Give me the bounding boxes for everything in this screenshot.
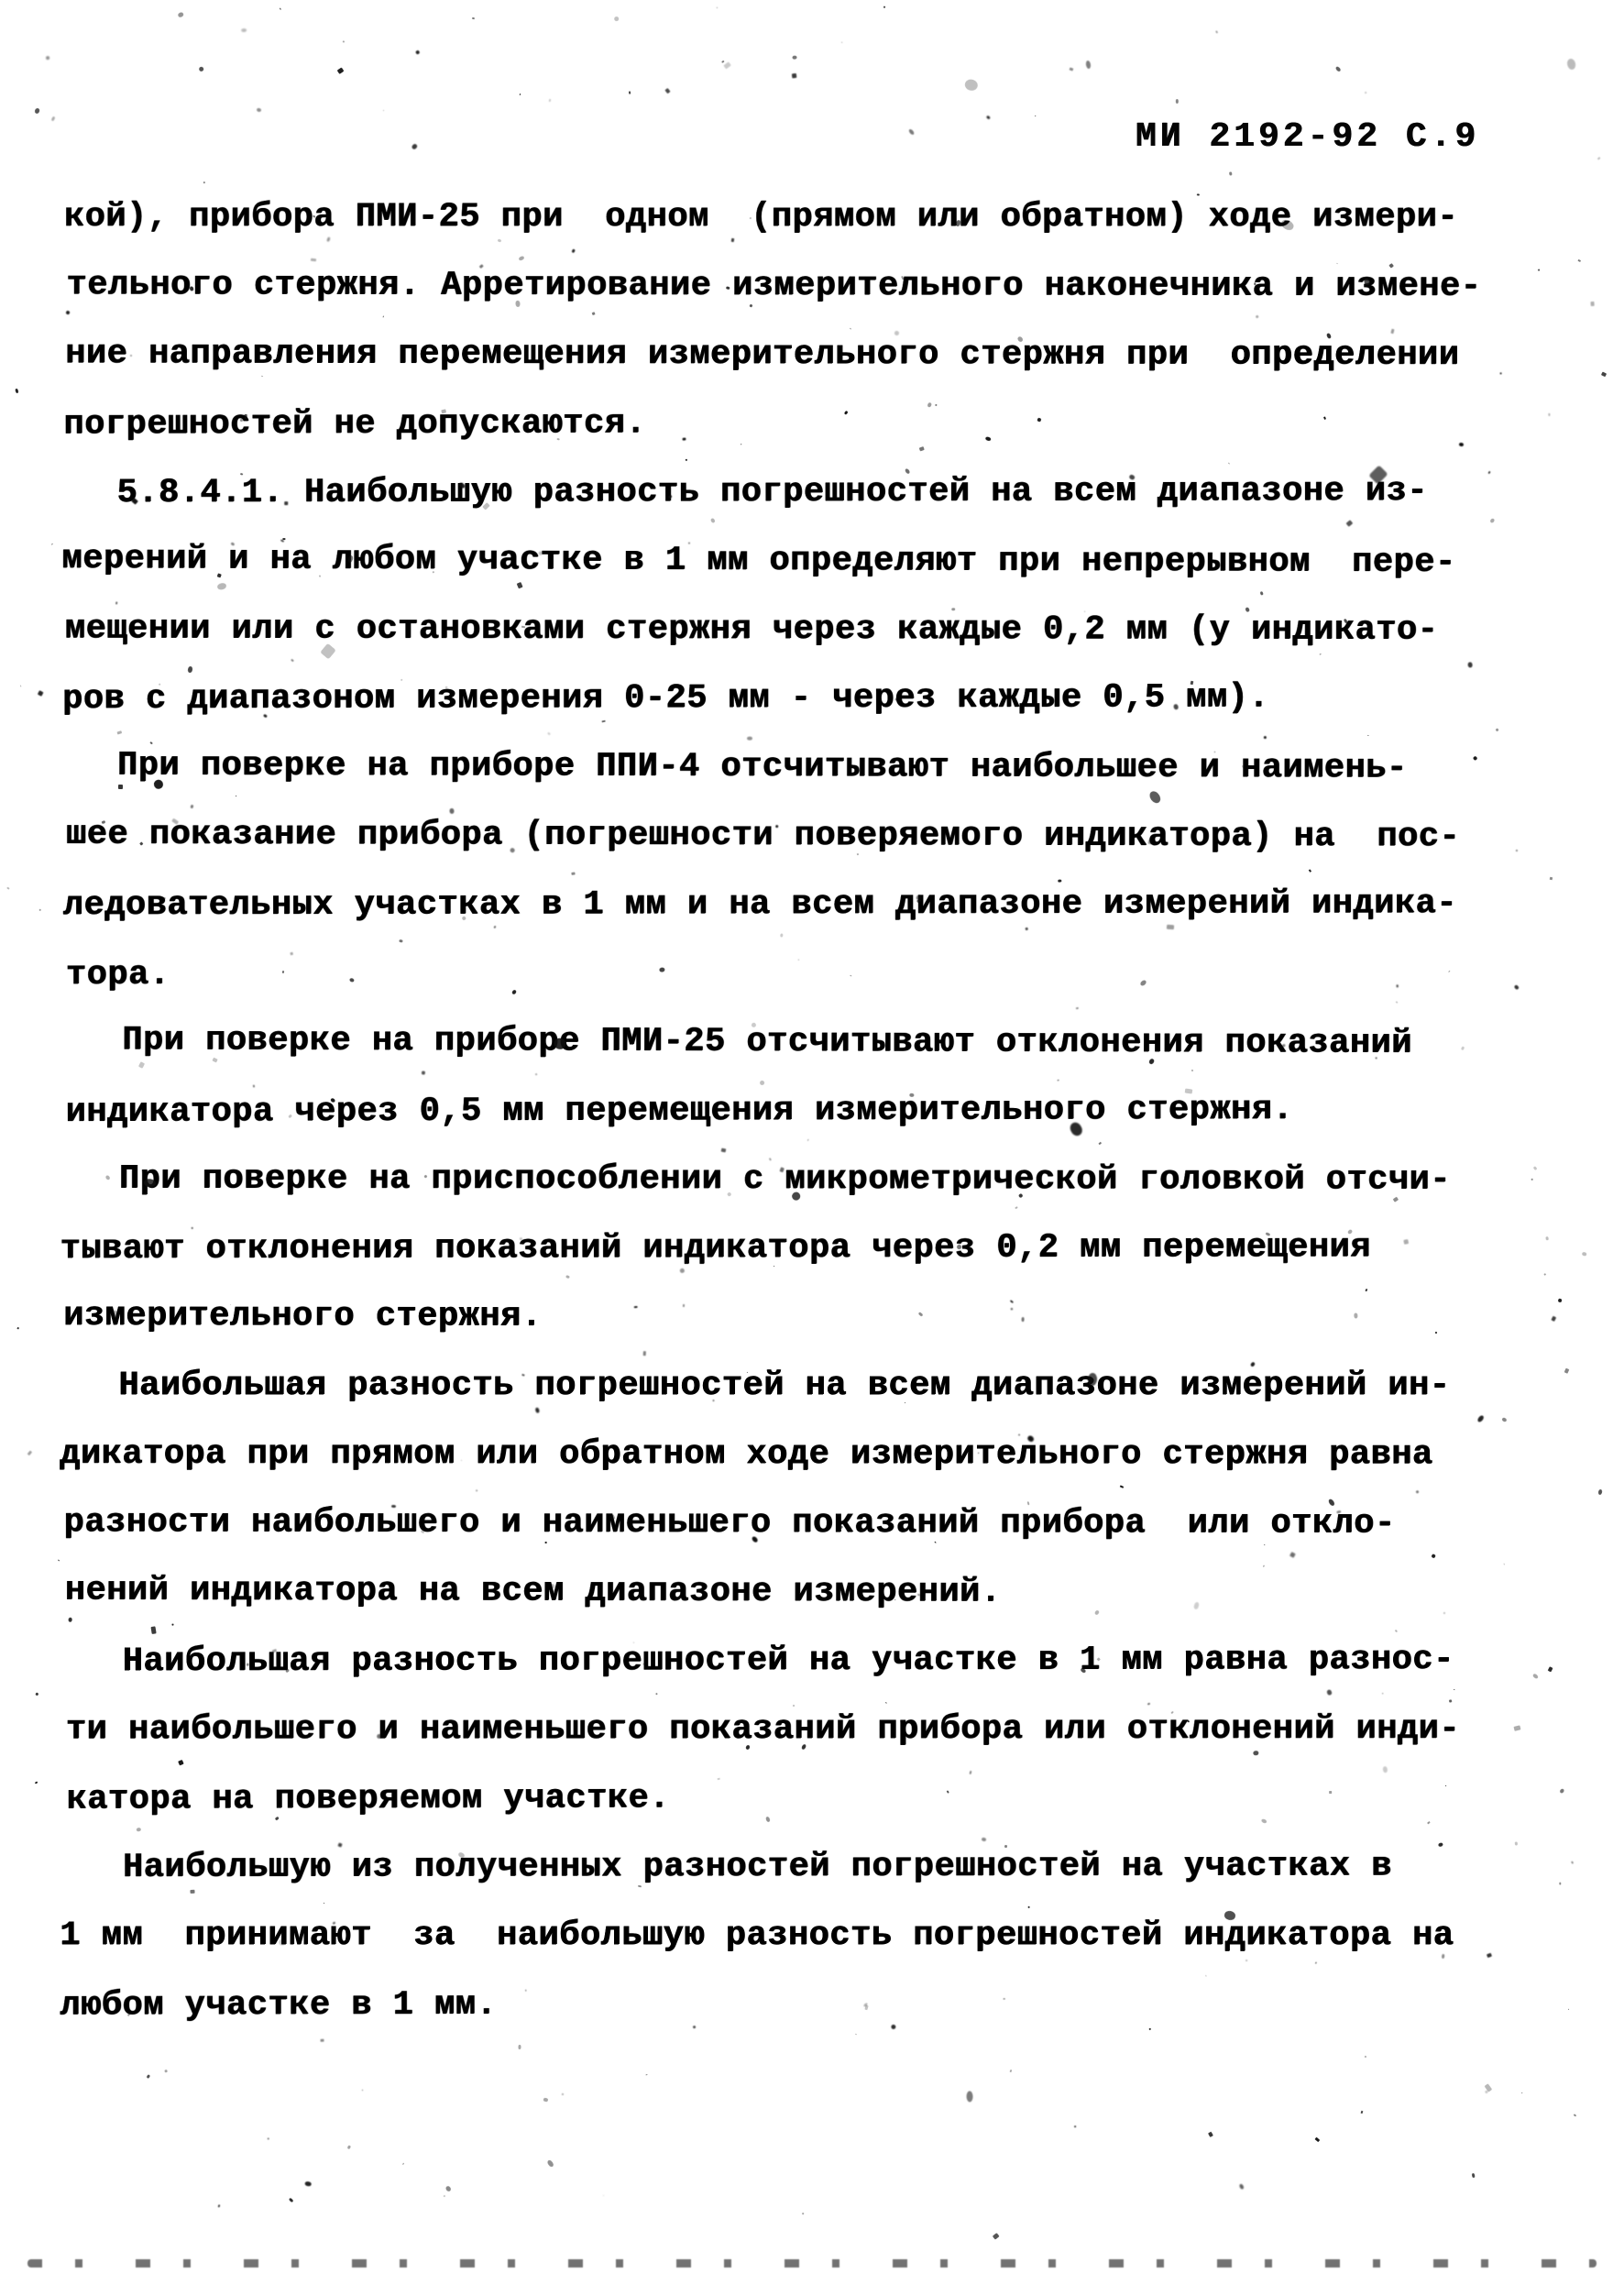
noise-speck bbox=[966, 2091, 972, 2102]
text-line: При поверке на приспособлении с микромет… bbox=[62, 1145, 1525, 1214]
noise-speck bbox=[1361, 2111, 1364, 2114]
noise-speck bbox=[1558, 1299, 1563, 1303]
text-line: При поверке на приборе ППИ-4 отсчитывают… bbox=[60, 731, 1523, 803]
noise-speck bbox=[1521, 2092, 1522, 2093]
text-line: Наибольшая разность погрешностей на всем… bbox=[61, 1352, 1524, 1421]
noise-speck bbox=[1552, 1316, 1557, 1322]
noise-speck bbox=[383, 110, 384, 111]
text-line: любом участке в 1 мм. bbox=[60, 1970, 1522, 2041]
text-line: кой), прибора ПМИ-25 при одном (прямом и… bbox=[64, 183, 1527, 252]
noise-speck bbox=[178, 12, 184, 18]
noise-speck bbox=[1176, 99, 1179, 104]
text-line: 5.8.4.1. Наибольшую разность погрешносте… bbox=[60, 457, 1522, 528]
noise-speck bbox=[257, 107, 262, 112]
noise-speck bbox=[1484, 2083, 1492, 2092]
noise-speck bbox=[1591, 302, 1595, 306]
noise-speck bbox=[1471, 2173, 1475, 2179]
scan-bottom-edge-artifact bbox=[27, 2259, 1597, 2268]
noise-speck bbox=[411, 143, 418, 149]
noise-speck bbox=[1229, 172, 1233, 176]
noise-speck bbox=[20, 686, 22, 687]
noise-speck bbox=[444, 2195, 445, 2197]
noise-speck bbox=[1215, 30, 1218, 34]
noise-speck bbox=[289, 2198, 294, 2203]
text-line: мещении или с остановками стержня через … bbox=[65, 595, 1528, 664]
text-line: нений индикатора на всем диапазоне измер… bbox=[65, 1556, 1528, 1628]
text-line: ние направления перемещения измерительно… bbox=[65, 320, 1528, 390]
noise-speck bbox=[199, 66, 204, 71]
noise-speck bbox=[993, 2233, 1000, 2240]
text-line: индикатора через 0,5 мм перемещения изме… bbox=[65, 1075, 1528, 1147]
noise-speck bbox=[58, 1559, 60, 1561]
text-line: шее показание прибора (погрешности повер… bbox=[66, 801, 1529, 873]
noise-speck bbox=[1364, 92, 1366, 94]
noise-speck bbox=[336, 67, 344, 73]
text-line: тельного стержня. Арретирование измерите… bbox=[66, 251, 1529, 322]
noise-speck bbox=[415, 49, 420, 54]
text-line: разности наибольшего и наименьшего показ… bbox=[63, 1488, 1526, 1558]
noise-speck bbox=[268, 2138, 269, 2140]
noise-speck bbox=[543, 2098, 548, 2102]
noise-speck bbox=[1601, 372, 1607, 378]
noise-speck bbox=[1571, 1861, 1574, 1864]
noise-speck bbox=[218, 2204, 220, 2207]
noise-speck bbox=[723, 61, 731, 69]
noise-speck bbox=[520, 93, 521, 95]
noise-speck bbox=[241, 28, 247, 32]
noise-speck bbox=[17, 1327, 20, 1329]
noise-speck bbox=[1073, 2125, 1076, 2128]
noise-speck bbox=[1070, 67, 1073, 71]
noise-speck bbox=[35, 1781, 38, 1784]
noise-speck bbox=[1532, 1674, 1539, 1679]
noise-speck bbox=[347, 2145, 351, 2149]
noise-speck bbox=[519, 2045, 521, 2049]
noise-speck bbox=[39, 909, 41, 911]
noise-speck bbox=[1559, 1883, 1561, 1885]
noise-speck bbox=[35, 1692, 38, 1696]
noise-speck bbox=[1559, 1788, 1564, 1794]
noise-speck bbox=[664, 88, 670, 93]
noise-speck bbox=[362, 2090, 363, 2091]
noise-speck bbox=[165, 2070, 168, 2073]
noise-speck bbox=[562, 2093, 564, 2095]
noise-speck bbox=[1597, 157, 1601, 159]
noise-speck bbox=[646, 2074, 648, 2076]
noise-speck bbox=[1574, 2114, 1577, 2116]
noise-speck bbox=[1035, 115, 1037, 117]
noise-speck bbox=[1010, 2070, 1013, 2072]
text-line: тывают отклонения показаний индикатора ч… bbox=[60, 1213, 1522, 1284]
noise-speck bbox=[1315, 2137, 1320, 2142]
noise-speck bbox=[15, 389, 18, 393]
text-line: измерительного стержня. bbox=[63, 1282, 1526, 1353]
scanned-page: МИ 2192-92 С.9 кой), прибора ПМИ-25 при … bbox=[0, 0, 1624, 2273]
noise-speck bbox=[280, 8, 281, 10]
noise-speck bbox=[304, 2181, 312, 2187]
noise-speck bbox=[1548, 413, 1550, 416]
text-line: погрешностей не допускаются. bbox=[63, 389, 1526, 460]
noise-speck bbox=[629, 92, 631, 94]
noise-speck bbox=[472, 17, 475, 19]
document-body: кой), прибора ПМИ-25 при одном (прямом и… bbox=[62, 183, 1525, 2039]
noise-speck bbox=[46, 56, 50, 60]
noise-speck bbox=[802, 2213, 805, 2215]
noise-speck bbox=[883, 6, 885, 8]
noise-speck bbox=[6, 887, 9, 890]
noise-speck bbox=[1486, 2091, 1488, 2094]
text-line: ров с диапазоном измерения 0-25 мм - чер… bbox=[62, 664, 1525, 734]
noise-speck bbox=[147, 2074, 151, 2079]
noise-speck bbox=[445, 2185, 452, 2192]
noise-speck bbox=[546, 2159, 554, 2168]
noise-speck bbox=[1208, 2131, 1213, 2137]
text-line: ти наибольшего и наименьшего показаний п… bbox=[66, 1696, 1529, 1765]
text-line: Наибольшую из полученных разностей погре… bbox=[66, 1832, 1529, 1903]
noise-speck bbox=[986, 115, 991, 120]
noise-speck bbox=[342, 40, 345, 42]
noise-speck bbox=[51, 544, 53, 545]
text-line: Наибольшая разность погрешностей на учас… bbox=[65, 1626, 1528, 1697]
text-line: катора на поверяемом участке. bbox=[66, 1762, 1529, 1834]
noise-speck bbox=[1568, 2009, 1569, 2010]
noise-speck bbox=[1550, 877, 1553, 880]
text-line: мерений и на любом участке в 1 мм опреде… bbox=[61, 525, 1524, 598]
noise-speck bbox=[38, 690, 43, 696]
text-line: тора. bbox=[66, 938, 1529, 1010]
noise-speck bbox=[1543, 1273, 1546, 1276]
noise-speck bbox=[1365, 2056, 1366, 2058]
noise-speck bbox=[792, 56, 796, 60]
noise-speck bbox=[964, 78, 979, 92]
noise-speck bbox=[549, 99, 551, 102]
text-line: 1 мм принимают за наибольшую разность по… bbox=[60, 1902, 1522, 1971]
noise-speck bbox=[1566, 58, 1577, 71]
noise-speck bbox=[1597, 1489, 1603, 1496]
noise-speck bbox=[792, 73, 797, 79]
noise-speck bbox=[1546, 1236, 1549, 1241]
noise-speck bbox=[51, 116, 55, 121]
noise-speck bbox=[717, 7, 718, 8]
noise-speck bbox=[1538, 269, 1541, 272]
noise-speck bbox=[1085, 60, 1091, 70]
noise-speck bbox=[27, 1450, 32, 1455]
noise-speck bbox=[1532, 1166, 1537, 1170]
noise-speck bbox=[1564, 1368, 1569, 1374]
noise-speck bbox=[841, 42, 842, 44]
noise-speck bbox=[603, 2195, 604, 2196]
noise-speck bbox=[1547, 1666, 1553, 1672]
text-line: ледовательных участках в 1 мм и на всем … bbox=[63, 870, 1526, 940]
document-number-header: МИ 2192-92 С.9 bbox=[1136, 117, 1479, 157]
noise-speck bbox=[721, 60, 724, 63]
noise-speck bbox=[908, 128, 916, 136]
noise-speck bbox=[1582, 1252, 1586, 1257]
noise-speck bbox=[1531, 1179, 1533, 1180]
noise-speck bbox=[614, 16, 620, 22]
noise-speck bbox=[1577, 259, 1581, 262]
text-line: дикатора при прямом или обратном ходе из… bbox=[60, 1421, 1522, 1490]
noise-speck bbox=[402, 2163, 404, 2165]
noise-speck bbox=[34, 107, 40, 115]
text-line: При поверке на приборе ПМИ-25 отсчитываю… bbox=[65, 1006, 1528, 1079]
noise-speck bbox=[1239, 2183, 1245, 2190]
noise-speck bbox=[1334, 65, 1341, 71]
